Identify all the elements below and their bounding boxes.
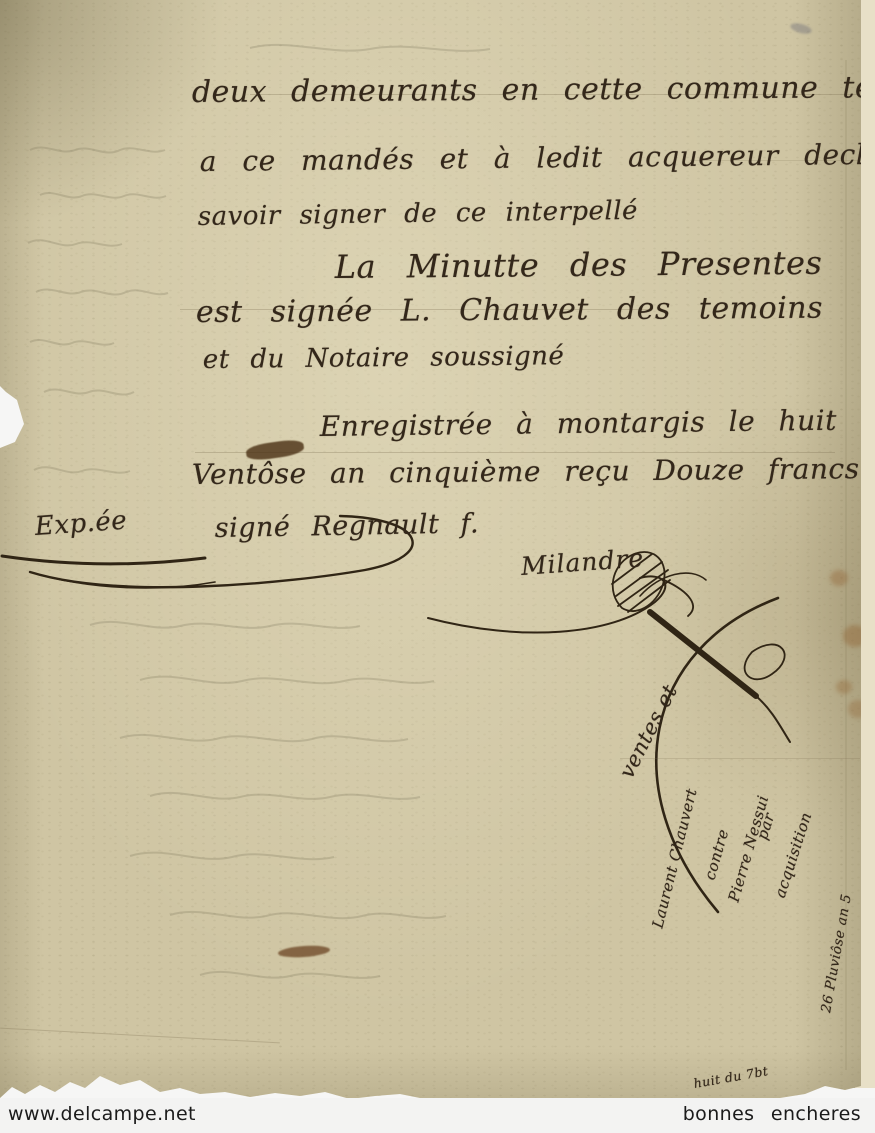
fold-crease	[620, 758, 860, 759]
margin-note-expedition: Exp.ée	[34, 506, 128, 542]
docket-line-seller: Laurent Chauvert	[649, 787, 701, 930]
ink-smudge	[278, 944, 331, 959]
docket-heading: ventes et	[615, 681, 682, 782]
manuscript-line-1: deux demeurants en cette commune temoins	[192, 70, 875, 110]
watermark-bar: www.delcampe.net bonnes encheres	[0, 1098, 875, 1133]
document-photo: deux demeurants en cette commune temoins…	[0, 0, 875, 1133]
manuscript-line-6: et du Notaire soussigné	[203, 341, 565, 375]
docket-line-contre: contre	[701, 827, 733, 882]
fold-crease	[0, 1028, 280, 1044]
corner-note: huit du 7bt	[692, 1063, 769, 1091]
docket-line-acquisition: acquisition	[771, 810, 816, 900]
watermark-site-url: www.delcampe.net	[8, 1103, 196, 1125]
manuscript-line-5: est signée L. Chauvet des temoins	[196, 291, 823, 330]
manuscript-paper: deux demeurants en cette commune temoins…	[0, 0, 861, 1115]
manuscript-line-8: Ventôse an cinquième reçu Douze francs	[192, 452, 860, 491]
manuscript-line-4: La Minutte des Presentes	[335, 244, 823, 286]
graphite-smudge	[789, 21, 813, 35]
manuscript-line-3: savoir signer de ce interpellé	[198, 196, 639, 232]
foxing-stain	[830, 570, 848, 586]
foxing-stain	[836, 680, 852, 694]
manuscript-line-9: signé Regnault f.	[214, 508, 479, 544]
edge-date-note: 26 Pluviôse an 5	[818, 893, 855, 1014]
docket-line-buyer: Pierre Nessui	[725, 793, 773, 904]
signature-underline-flourish	[428, 576, 665, 632]
watermark-tagline: bonnes encheres	[683, 1103, 861, 1125]
notary-signature: Milandre	[520, 543, 645, 581]
manuscript-line-7: Enregistrée à montargis le huit	[320, 404, 837, 443]
manuscript-line-2: a ce mandés et à ledit acquereur declaré…	[200, 137, 875, 178]
